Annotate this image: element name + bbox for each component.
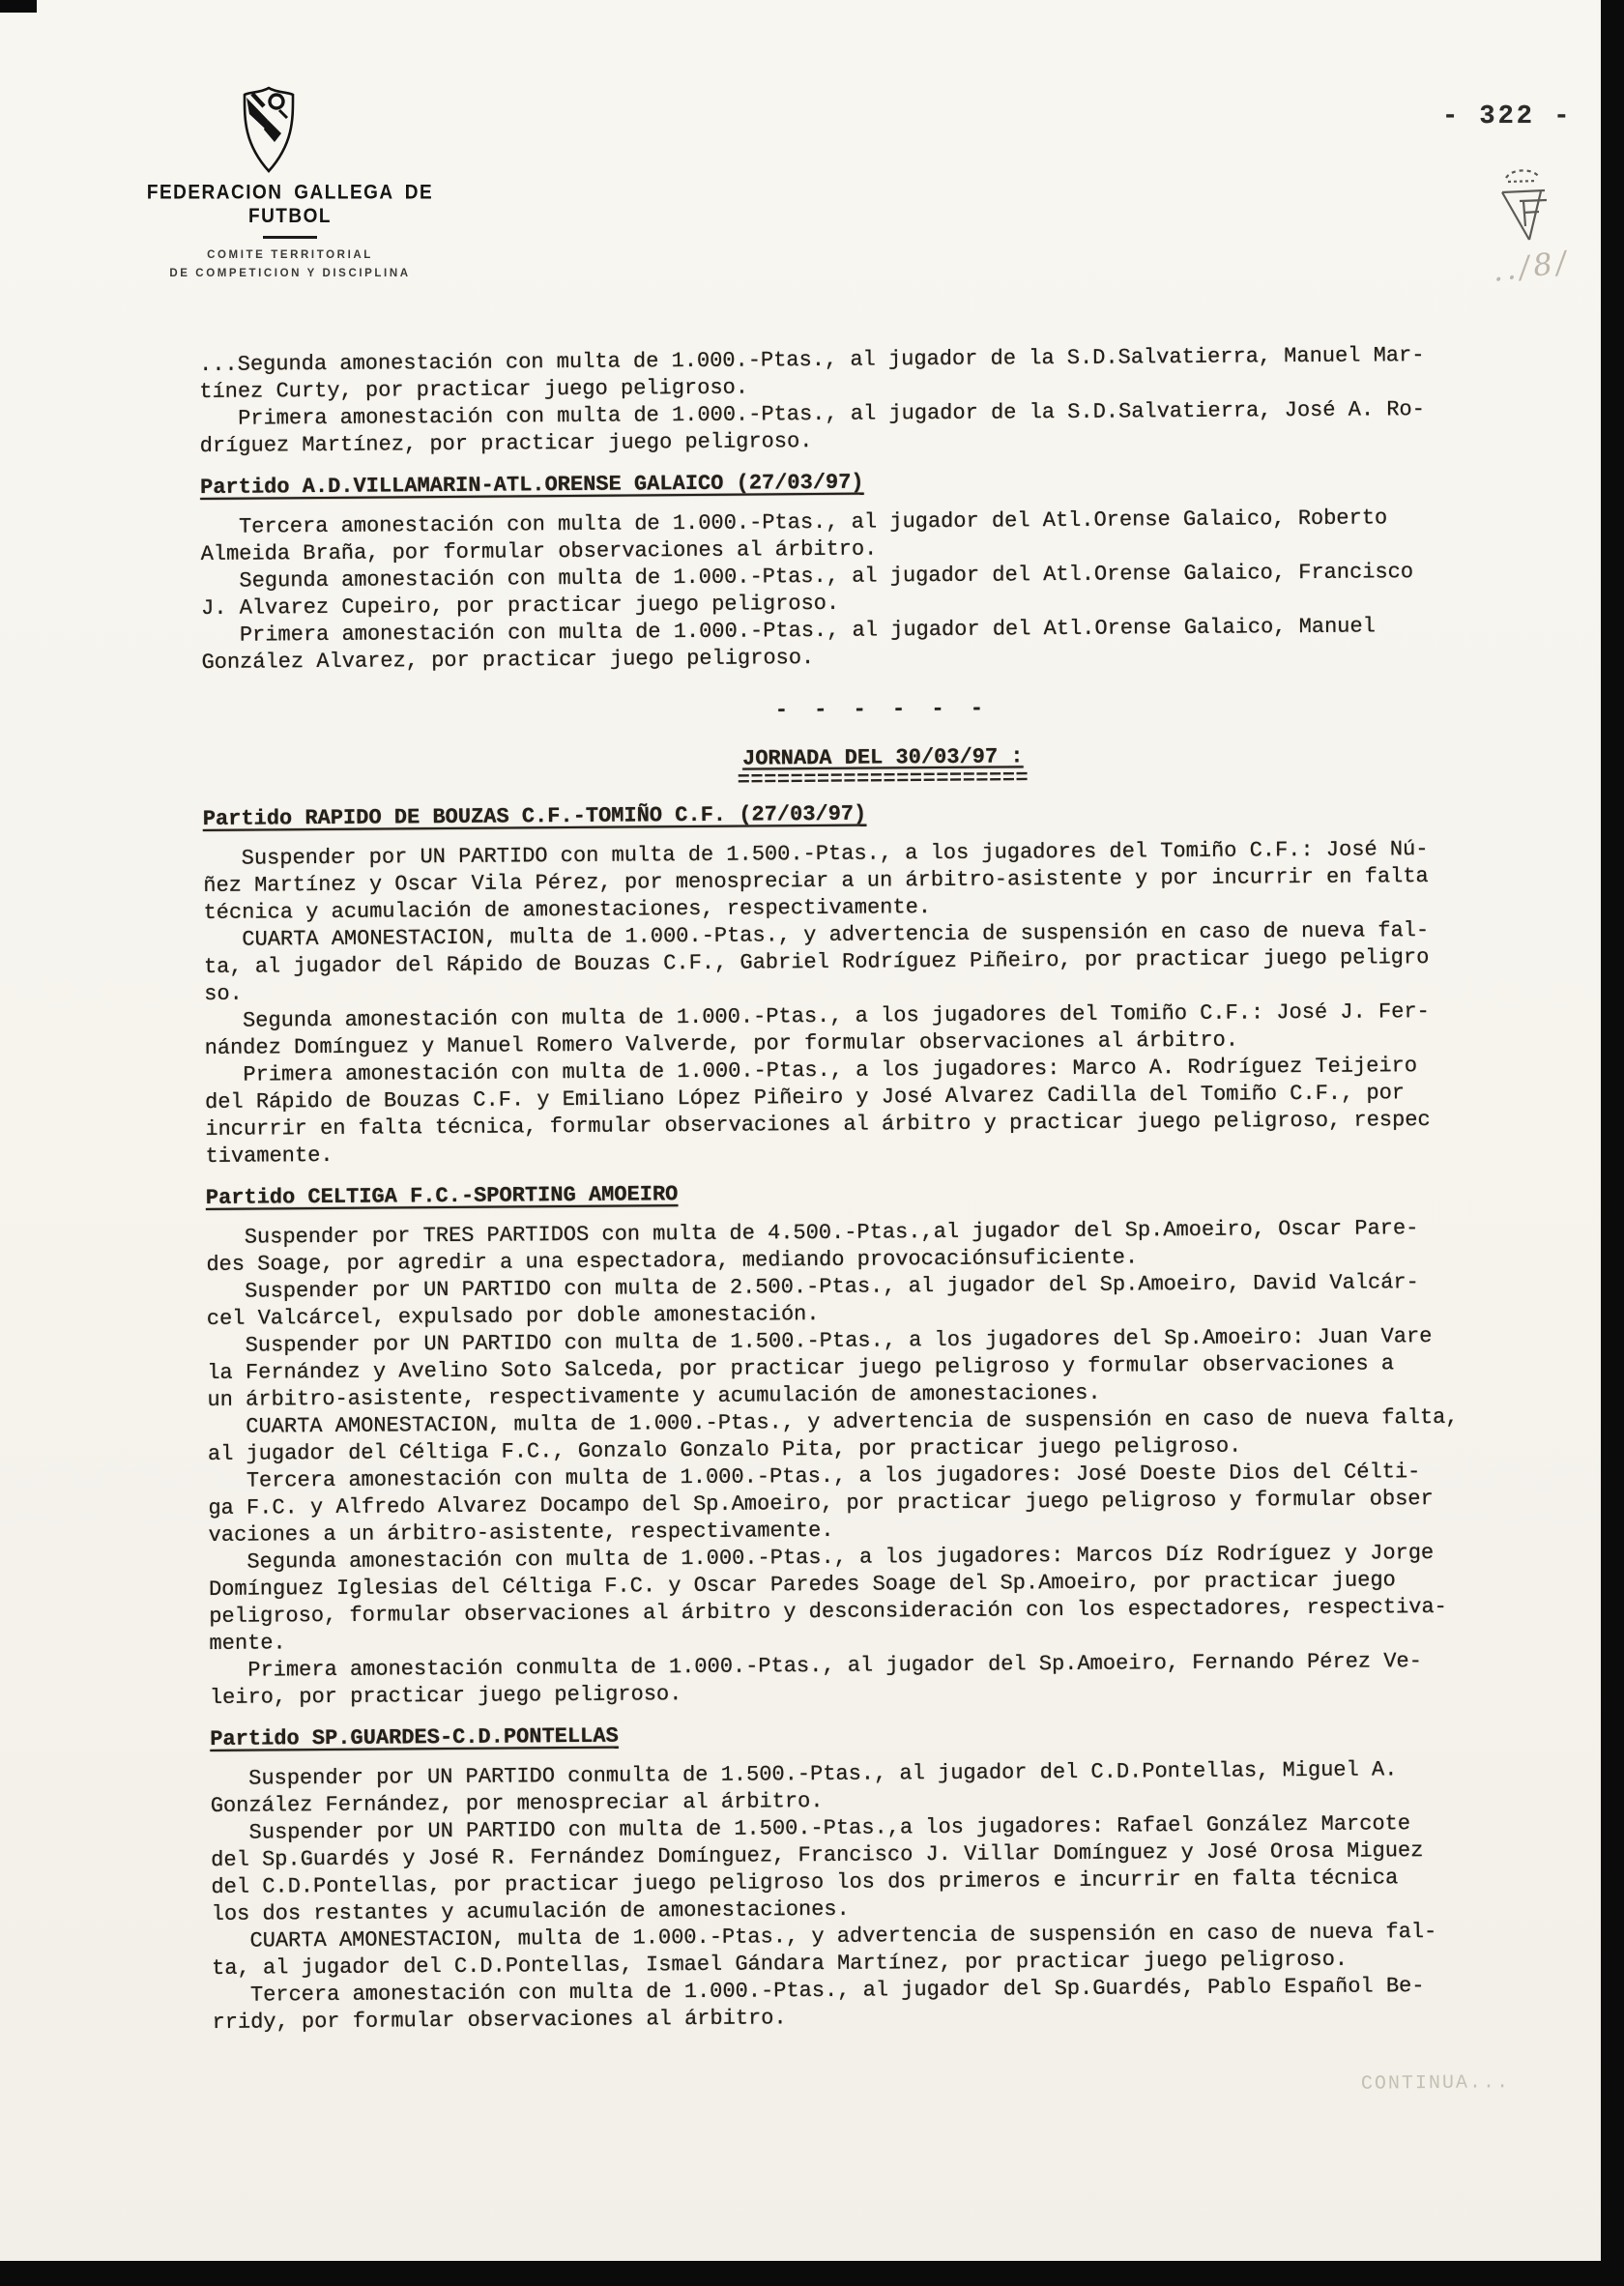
letterhead-committee-line1: COMITE TERRITORIAL [135,249,445,261]
matchday-heading-underline: ====================== [202,767,1563,792]
document-body: ...Segunda amonestación con multa de 1.0… [199,341,1574,2037]
sanction-paragraph: Suspender por UN PARTIDO con multa de 1.… [203,835,1565,927]
scan-edge-bottom [0,2261,1624,2286]
sanction-paragraph: Tercera amonestación con multa de 1.000.… [208,1458,1570,1549]
match-heading: Partido CELTIGA F.C.-SPORTING AMOEIRO [206,1174,1567,1212]
sanction-paragraph: Primera amonestación conmulta de 1.000.-… [210,1647,1571,1712]
sanction-paragraph: Primera amonestación con multa de 1.000.… [205,1052,1567,1171]
letterhead: FEDERACION GALLEGA DE FUTBOL COMITE TERR… [135,85,445,279]
letterhead-rule [263,236,317,239]
federation-stamp-icon [1491,162,1554,251]
letterhead-committee-line2: DE COMPETICION Y DISCIPLINA [135,268,445,279]
scan-edge-right [1601,0,1624,2286]
page-number: - 322 - [1442,102,1572,131]
sanction-paragraph: Primera amonestación con multa de 1.000.… [199,395,1560,460]
sanction-paragraph: CUARTA AMONESTACION, multa de 1.000.-Pta… [204,916,1566,1008]
sanction-paragraph: Primera amonestación con multa de 1.000.… [201,612,1562,677]
sanction-paragraph: Tercera amonestación con multa de 1.000.… [212,1972,1573,2037]
federation-crest-logo [239,85,299,174]
match-heading: Partido RAPIDO DE BOUZAS C.F.-TOMIÑO C.F… [203,796,1564,833]
section-separator: - - - - - - [202,691,1563,729]
sanction-paragraph: Suspender por UN PARTIDO con multa de 1.… [211,1809,1573,1928]
letterhead-org-name: FEDERACION GALLEGA DE FUTBOL [135,181,445,228]
scanned-page: - 322 - FEDERACION GALLEGA DE FUTBOL COM… [0,0,1624,2286]
scan-edge-top-left [0,0,37,13]
match-heading: Partido A.D.VILLAMARIN-ATL.ORENSE GALAIC… [200,464,1561,502]
handwritten-note: ../8/ [1491,245,1572,289]
continua-watermark: CONTINUA... [1361,2071,1510,2096]
matchday-heading-block: JORNADA DEL 30/03/97 :==================… [202,739,1563,792]
sanction-paragraph: Segunda amonestación con multa de 1.000.… [209,1539,1571,1658]
sanction-paragraph: Suspender por UN PARTIDO con multa de 1.… [207,1322,1569,1414]
match-heading: Partido SP.GUARDES-C.D.PONTELLAS [210,1716,1571,1753]
